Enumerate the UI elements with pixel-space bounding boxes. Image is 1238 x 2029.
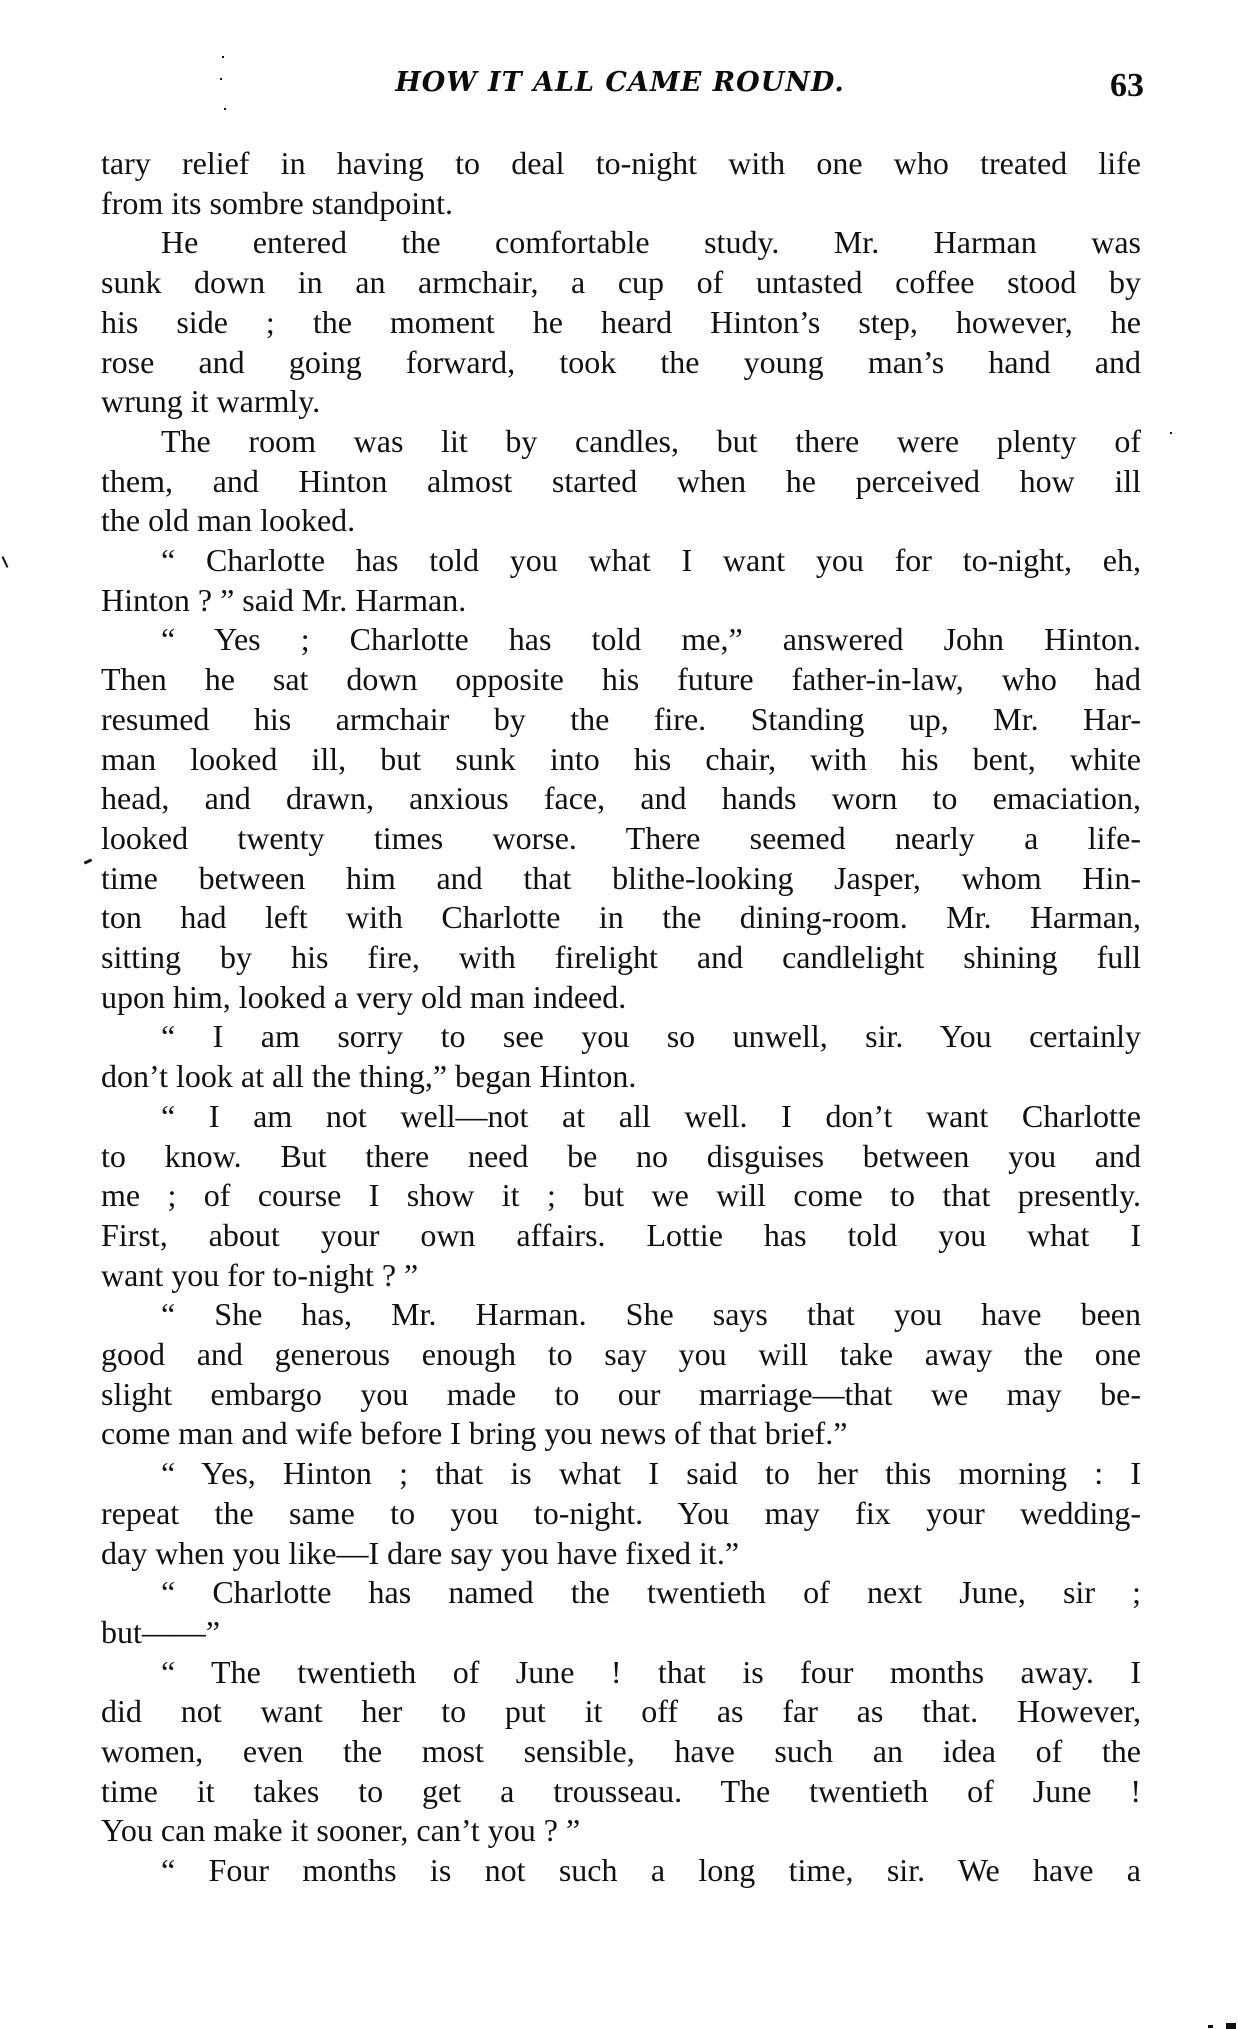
text-line: looked twenty times worse. There seemed … xyxy=(101,818,1141,858)
text-line: sunk down in an armchair, a cup of untas… xyxy=(101,262,1141,302)
text-line: did not want her to put it off as far as… xyxy=(101,1691,1141,1731)
text-line: them, and Hinton almost started when he … xyxy=(101,461,1141,501)
scan-speck xyxy=(2,556,9,568)
text-line: “ Four months is not such a long time, s… xyxy=(101,1850,1141,1890)
text-line: don’t look at all the thing,” began Hint… xyxy=(101,1056,1141,1096)
text-line: upon him, looked a very old man indeed. xyxy=(101,977,1141,1017)
text-line: women, even the most sensible, have such… xyxy=(101,1731,1141,1771)
text-line: “ I am not well—not at all well. I don’t… xyxy=(101,1096,1141,1136)
text-line: come man and wife before I bring you new… xyxy=(101,1413,1141,1453)
text-line: wrung it warmly. xyxy=(101,381,1141,421)
text-line: good and generous enough to say you will… xyxy=(101,1334,1141,1374)
running-head: HOW IT ALL CAME ROUND. xyxy=(330,66,910,100)
text-line: resumed his armchair by the fire. Standi… xyxy=(101,699,1141,739)
text-line: He entered the comfortable study. Mr. Ha… xyxy=(101,222,1141,262)
text-line: “ I am sorry to see you so unwell, sir. … xyxy=(101,1016,1141,1056)
text-line: the old man looked. xyxy=(101,500,1141,540)
scan-speck xyxy=(1170,432,1172,434)
scan-speck xyxy=(1208,2025,1213,2028)
scan-speck xyxy=(1226,2023,1236,2029)
book-page: HOW IT ALL CAME ROUND. 63 tary relief in… xyxy=(0,0,1238,2029)
text-line: Then he sat down opposite his future fat… xyxy=(101,659,1141,699)
text-line: ton had left with Charlotte in the dinin… xyxy=(101,897,1141,937)
text-line: but——” xyxy=(101,1612,1141,1652)
text-line: from its sombre standpoint. xyxy=(101,183,1141,223)
text-line: time between him and that blithe-looking… xyxy=(101,858,1141,898)
scan-speck xyxy=(84,858,93,864)
text-line: “ She has, Mr. Harman. She says that you… xyxy=(101,1294,1141,1334)
text-line: “ Charlotte has named the twentieth of n… xyxy=(101,1572,1141,1612)
page-number: 63 xyxy=(1100,66,1144,106)
text-line: repeat the same to you to-night. You may… xyxy=(101,1493,1141,1533)
text-line: “ Yes, Hinton ; that is what I said to h… xyxy=(101,1453,1141,1493)
text-line: Hinton ? ” said Mr. Harman. xyxy=(101,580,1141,620)
scan-speck xyxy=(220,78,222,80)
text-line: to know. But there need be no disguises … xyxy=(101,1136,1141,1176)
text-line: tary relief in having to deal to-night w… xyxy=(101,143,1141,183)
text-line: time it takes to get a trousseau. The tw… xyxy=(101,1771,1141,1811)
text-line: rose and going forward, took the young m… xyxy=(101,342,1141,382)
scan-speck xyxy=(222,56,224,58)
text-line: sitting by his fire, with firelight and … xyxy=(101,937,1141,977)
text-line: “ Yes ; Charlotte has told me,” answered… xyxy=(101,619,1141,659)
text-line: First, about your own affairs. Lottie ha… xyxy=(101,1215,1141,1255)
text-line: want you for to-night ? ” xyxy=(101,1255,1141,1295)
text-line: “ The twentieth of June ! that is four m… xyxy=(101,1652,1141,1692)
text-line: “ Charlotte has told you what I want you… xyxy=(101,540,1141,580)
text-line: man looked ill, but sunk into his chair,… xyxy=(101,739,1141,779)
text-line: day when you like—I dare say you have fi… xyxy=(101,1533,1141,1573)
text-line: me ; of course I show it ; but we will c… xyxy=(101,1175,1141,1215)
scan-speck xyxy=(224,108,226,110)
text-line: You can make it sooner, can’t you ? ” xyxy=(101,1810,1141,1850)
text-line: The room was lit by candles, but there w… xyxy=(101,421,1141,461)
text-line: head, and drawn, anxious face, and hands… xyxy=(101,778,1141,818)
text-line: slight embargo you made to our marriage—… xyxy=(101,1374,1141,1414)
text-line: his side ; the moment he heard Hinton’s … xyxy=(101,302,1141,342)
